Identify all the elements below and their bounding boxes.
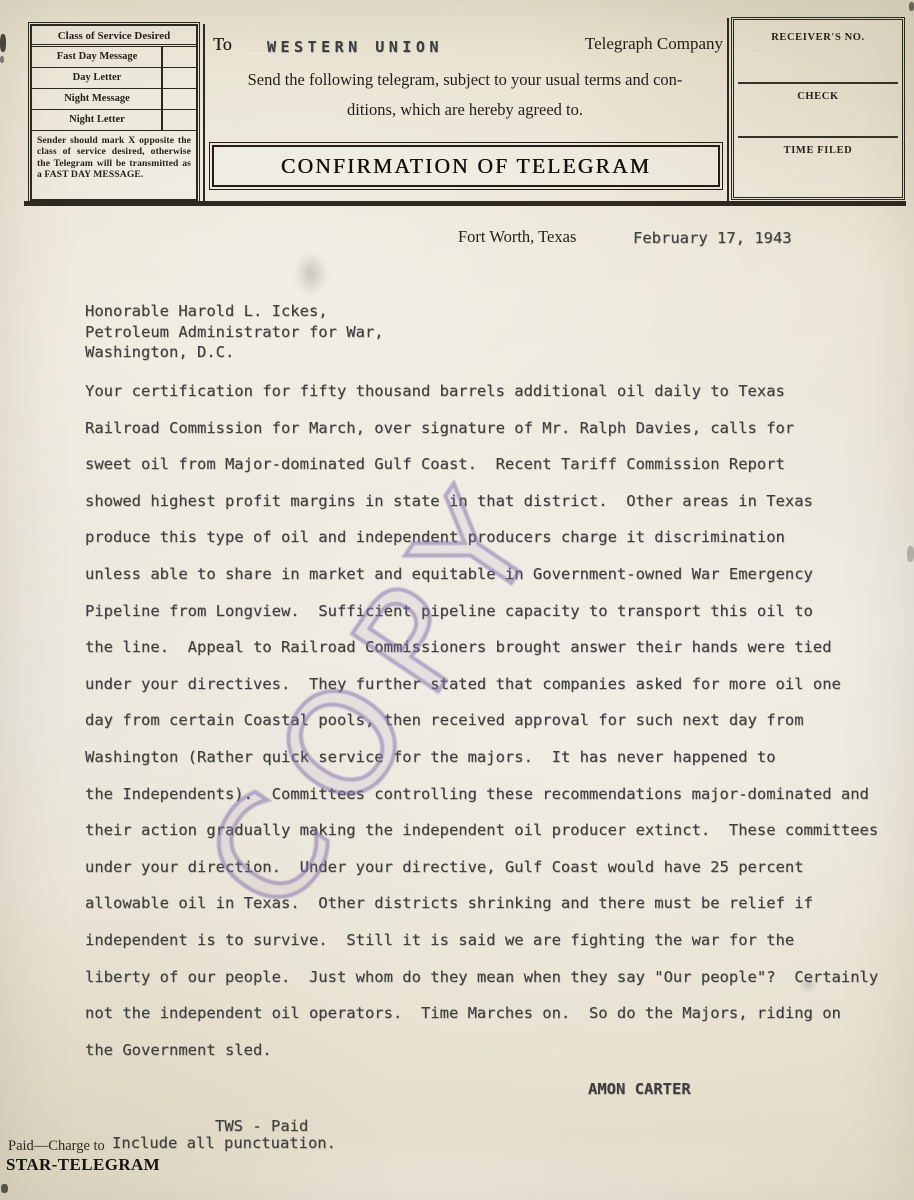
receivers-box-rule-1 xyxy=(738,82,898,84)
footer-paid-note: TWS - Paid xyxy=(215,1117,308,1135)
service-check-column-rule xyxy=(161,47,163,131)
header-bottom-rule xyxy=(24,201,906,206)
service-option-night-letter: Night Letter xyxy=(32,110,196,131)
star-telegram-label: STAR-TELEGRAM xyxy=(6,1155,160,1175)
date: February 17, 1943 xyxy=(633,229,792,247)
service-option-night-message: Night Message xyxy=(32,89,196,110)
addressee-block: Honorable Harold L. Ickes,Petroleum Admi… xyxy=(85,301,384,363)
header-right-divider xyxy=(727,18,729,201)
place-of-origin: Fort Worth, Texas xyxy=(458,227,576,247)
service-note: Sender should mark X opposite the class … xyxy=(32,131,196,181)
paid-charge-to-label: Paid—Charge to xyxy=(8,1138,105,1155)
time-filed-label: TIME FILED xyxy=(734,145,902,156)
telegram-confirmation-document: Class of Service Desired Fast Day Messag… xyxy=(0,0,914,1200)
instruction-line-2: ditions, which are hereby agreed to. xyxy=(205,100,725,120)
footer-punctuation-note: Include all punctuation. xyxy=(112,1134,336,1152)
telegraph-company-name-typed: WESTERN UNION xyxy=(267,38,443,56)
to-label: To xyxy=(213,34,232,54)
receivers-box: RECEIVER'S NO. CHECK TIME FILED xyxy=(733,19,903,198)
edge-speck xyxy=(0,56,4,63)
edge-speck xyxy=(0,34,6,52)
confirmation-of-telegram-title: CONFIRMATION OF TELEGRAM xyxy=(212,145,720,187)
receivers-box-rule-2 xyxy=(738,136,898,138)
receivers-no-label: RECEIVER'S NO. xyxy=(734,32,902,43)
edge-speck xyxy=(1,1184,8,1193)
edge-speck xyxy=(909,2,914,11)
class-of-service-rows: Fast Day Message Day Letter Night Messag… xyxy=(32,47,196,131)
address-line: To WESTERN UNION Telegraph Company xyxy=(213,34,723,60)
check-label: CHECK xyxy=(734,91,902,102)
class-of-service-box: Class of Service Desired Fast Day Messag… xyxy=(30,24,198,201)
class-of-service-title: Class of Service Desired xyxy=(32,26,196,47)
service-option-fast-day-message: Fast Day Message xyxy=(32,47,196,68)
signature: AMON CARTER xyxy=(588,1080,691,1098)
service-option-day-letter: Day Letter xyxy=(32,68,196,89)
edge-speck xyxy=(907,546,914,562)
ink-smudge xyxy=(288,243,334,305)
telegram-body: Your certification for fifty thousand ba… xyxy=(85,373,878,1068)
telegraph-company-suffix: Telegraph Company xyxy=(585,34,723,54)
instruction-line-1: Send the following telegram, subject to … xyxy=(205,70,725,90)
